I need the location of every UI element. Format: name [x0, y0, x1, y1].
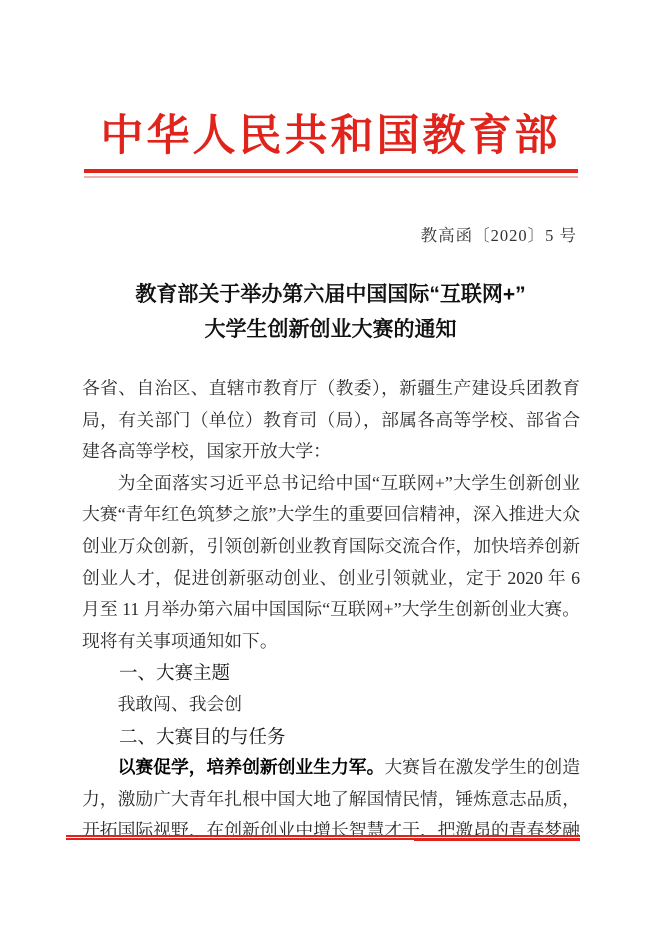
section-1-heading: 一、大赛主题 [82, 657, 580, 689]
bottom-rule-right-segment [414, 835, 580, 841]
notice-title-line-2: 大学生创新创业大赛的通知 [0, 312, 661, 347]
section-2-heading: 二、大赛目的与任务 [82, 721, 580, 753]
intro-paragraph: 为全面落实习近平总书记给中国“互联网+”大学生创新创业大赛“青年红色筑梦之旅”大… [82, 468, 580, 658]
salutation-paragraph: 各省、自治区、直辖市教育厅（教委），新疆生产建设兵团教育局，有关部门（单位）教育… [82, 373, 580, 468]
letterhead-rule-thin [84, 176, 578, 178]
document-page: 中华人民共和国教育部 教高函〔2020〕5 号 教育部关于举办第六届中国国际“互… [0, 0, 661, 935]
letterhead-rule [84, 169, 578, 178]
section-2-paragraph: 以赛促学，培养创新创业生力军。大赛旨在激发学生的创造力，激励广大青年扎根中国大地… [82, 752, 580, 847]
section-1-body: 我敢闯、我会创 [82, 689, 580, 721]
document-body: 各省、自治区、直辖市教育厅（教委），新疆生产建设兵团教育局，有关部门（单位）教育… [82, 373, 580, 847]
letterhead-title: 中华人民共和国教育部 [0, 102, 661, 163]
doc-number: 教高函〔2020〕5 号 [421, 222, 577, 246]
notice-title: 教育部关于举办第六届中国国际“互联网+” 大学生创新创业大赛的通知 [0, 277, 661, 347]
notice-title-line-1: 教育部关于举办第六届中国国际“互联网+” [0, 277, 661, 312]
section-2-lead-bold: 以赛促学，培养创新创业生力军。 [118, 757, 385, 777]
